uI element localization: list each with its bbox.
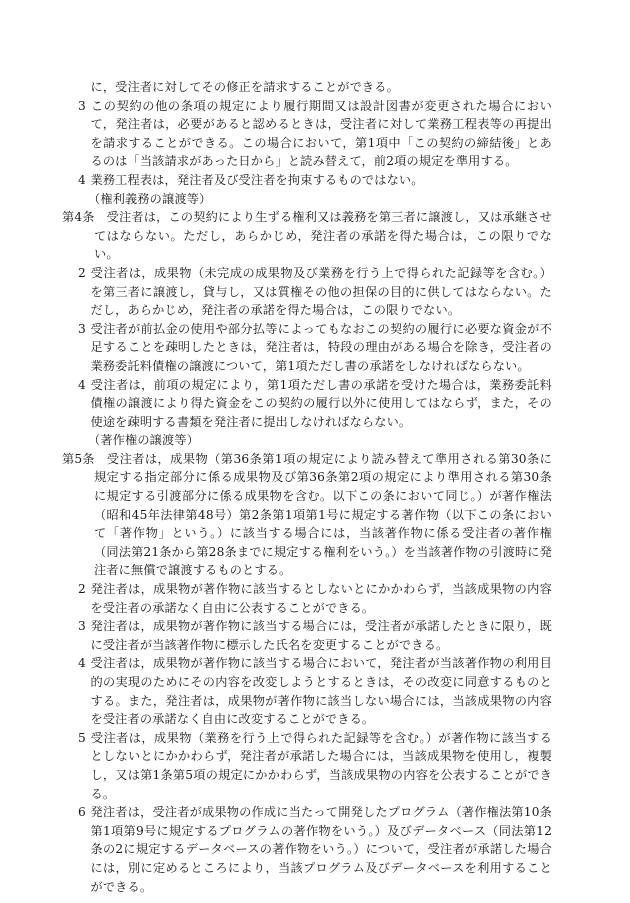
document-page: に，受注者に対してその修正を請求することができる。 3この契約の他の条項の規定に… [0, 0, 630, 903]
article4-item-3: 3受注者が前払金の使用や部分払等によってもなおこの契約の履行に必要な資金が不足す… [78, 320, 552, 376]
item-text: 受注者は，成果物（未完成の成果物及び業務を行う上で得られた記録等を含む。）を第三… [91, 266, 553, 317]
item-text: 受注者が前払金の使用や部分払等によってもなおこの契約の履行に必要な資金が不足する… [91, 322, 553, 373]
item-text: 発注者は，成果物が著作物に該当する場合には，受注者が承諾したときに限り，既に受注… [91, 619, 553, 652]
item-text: 発注者は，成果物が著作物に該当するとしないとにかかわらず，当該成果物の内容を受注… [91, 582, 553, 615]
article5-main: 第5条受注者は，成果物（第36条第1項の規定により読み替えて準用される第30条に… [78, 450, 552, 580]
article-number: 第5条 [78, 450, 95, 469]
item-text: 受注者は，成果物が著作物に該当する場合において，発注者が当該著作物の利用目的の実… [91, 656, 553, 726]
item-number: 2 [78, 580, 91, 599]
article-number: 第4条 [78, 208, 95, 227]
continuation-text: に，受注者に対してその修正を請求することができる。 [78, 78, 552, 97]
article4-item-2: 2受注者は，成果物（未完成の成果物及び業務を行う上で得られた記録等を含む。）を第… [78, 264, 552, 320]
document-body: に，受注者に対してその修正を請求することができる。 3この契約の他の条項の規定に… [78, 78, 552, 896]
item-text: 業務工程表は，発注者及び受注者を拘束するものではない。 [91, 173, 424, 187]
article5-item-4: 4受注者は，成果物が著作物に該当する場合において，発注者が当該著作物の利用目的の… [78, 654, 552, 728]
item-number: 6 [78, 803, 91, 822]
item-number: 3 [78, 320, 91, 339]
item-text: 受注者は，前項の規定により，第1項ただし書の承諾を受けた場合は，業務委託料債権の… [91, 378, 553, 429]
article4-heading: （権利義務の譲渡等） [78, 190, 552, 209]
article5-item-6: 6発注者は，受注者が成果物の作成に当たって開発したプログラム（著作権法第10条第… [78, 803, 552, 896]
article5-item-3: 3発注者は，成果物が著作物に該当する場合には，受注者が承諾したときに限り，既に受… [78, 617, 552, 654]
item-number: 5 [78, 729, 91, 748]
article-text: 受注者は，この契約により生ずる権利又は義務を第三者に譲渡し，又は承継させてはなら… [94, 210, 552, 261]
article3-item-3: 3この契約の他の条項の規定により履行期間又は設計図書が変更された場合において，発… [78, 97, 552, 171]
article3-item-4: 4業務工程表は，発注者及び受注者を拘束するものではない。 [78, 171, 552, 190]
item-number: 3 [78, 617, 91, 636]
item-number: 4 [78, 171, 91, 190]
article-text: 受注者は，成果物（第36条第1項の規定により読み替えて準用される第30条に規定す… [94, 452, 552, 578]
item-number: 3 [78, 97, 91, 116]
article5-heading: （著作権の譲渡等） [78, 431, 552, 450]
item-text: 受注者は，成果物（業務を行う上で得られた記録等を含む。）が著作物に該当するとしな… [91, 731, 553, 801]
article5-item-5: 5受注者は，成果物（業務を行う上で得られた記録等を含む。）が著作物に該当するとし… [78, 729, 552, 803]
item-text: この契約の他の条項の規定により履行期間又は設計図書が変更された場合において，発注… [91, 99, 553, 169]
item-number: 4 [78, 376, 91, 395]
item-number: 4 [78, 654, 91, 673]
item-number: 2 [78, 264, 91, 283]
item-text: 発注者は，受注者が成果物の作成に当たって開発したプログラム（著作権法第10条第1… [91, 805, 553, 893]
article4-main: 第4条受注者は，この契約により生ずる権利又は義務を第三者に譲渡し，又は承継させて… [78, 208, 552, 264]
article4-item-4: 4受注者は，前項の規定により，第1項ただし書の承諾を受けた場合は，業務委託料債権… [78, 376, 552, 432]
article5-item-2: 2発注者は，成果物が著作物に該当するとしないとにかかわらず，当該成果物の内容を受… [78, 580, 552, 617]
